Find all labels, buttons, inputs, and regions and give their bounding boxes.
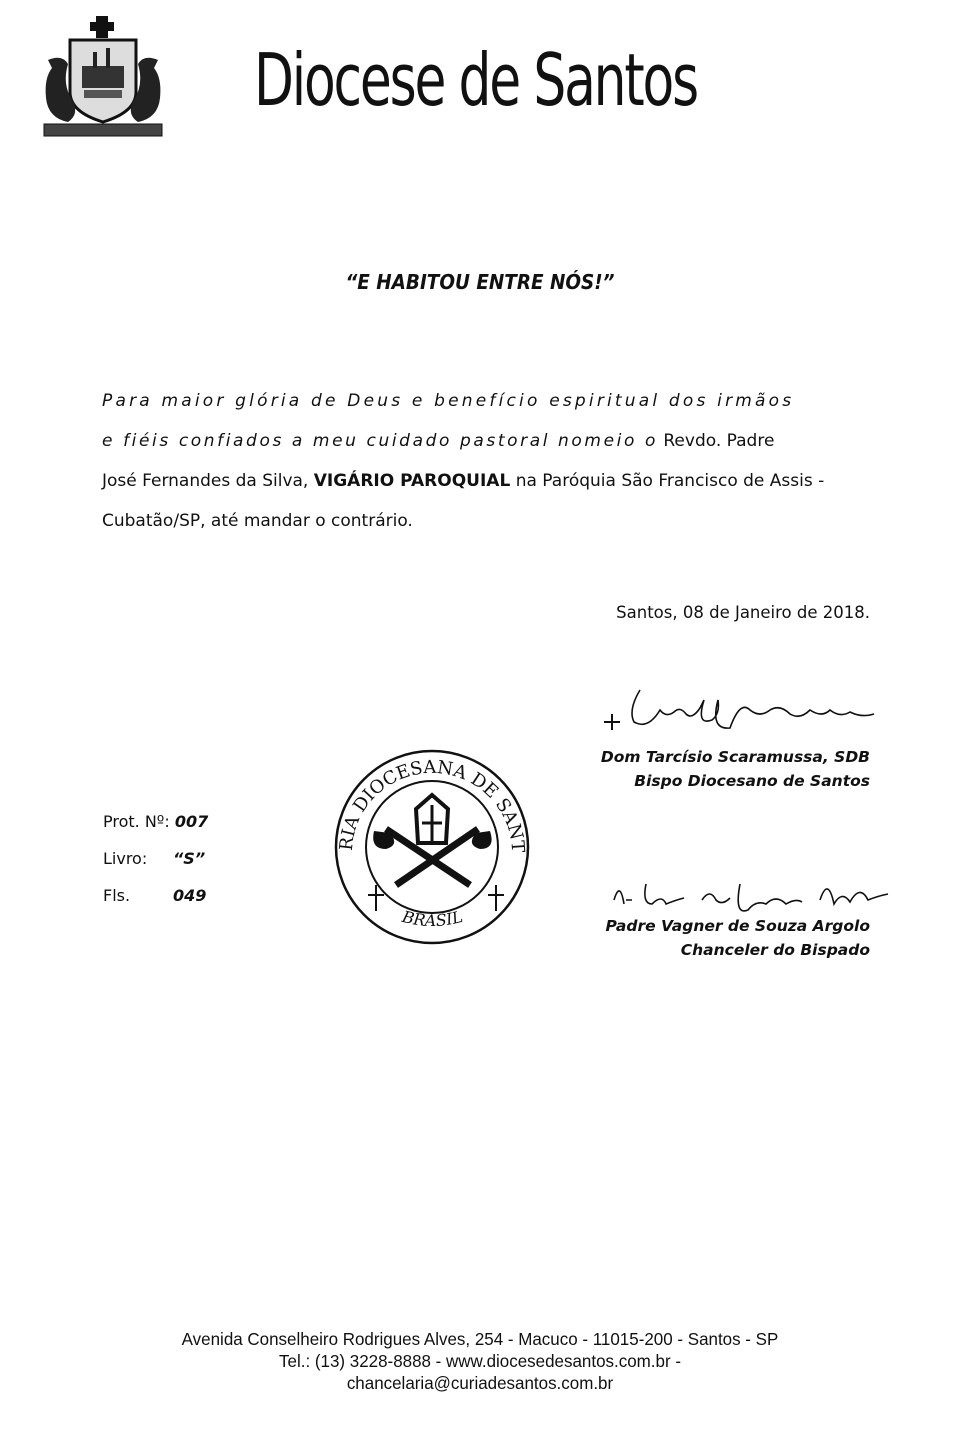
footer-email: chancelaria@curiadesantos.com.br (14, 1372, 945, 1394)
parish-name: na Paróquia São Francisco de Assis - (510, 471, 824, 491)
footer: Avenida Conselheiro Rodrigues Alves, 254… (14, 1328, 945, 1394)
chancellor-signatory: Padre Vagner de Souza Argolo Chanceler d… (606, 914, 870, 962)
body-line-2-italic: e fiéis confiados a meu cuidado pastoral… (102, 431, 658, 451)
diocese-crest-icon (38, 14, 168, 140)
prot-value: 007 (175, 803, 208, 840)
chancellor-name: Padre Vagner de Souza Argolo (606, 914, 870, 938)
bishop-signatory: Dom Tarcísio Scaramussa, SDB Bispo Dioce… (601, 745, 870, 793)
body-line-2-normal: Revdo. Padre (658, 431, 774, 451)
footer-address: Avenida Conselheiro Rodrigues Alves, 254… (14, 1328, 945, 1350)
chancellor-title: Chanceler do Bispado (606, 938, 870, 962)
appointment-text: Para maior glória de Deus e benefício es… (102, 381, 872, 541)
appointment-role: VIGÁRIO PAROQUIAL (314, 471, 511, 491)
livro-value: “S” (173, 840, 205, 877)
curia-seal-icon: CURIA DIOCESANA DE SANTOS BRASIL (330, 745, 535, 945)
priest-name: José Fernandes da Silva, (102, 471, 314, 491)
page-title: Diocese de Santos (254, 38, 697, 122)
bishop-title: Bispo Diocesano de Santos (601, 769, 870, 793)
chancellor-signature-icon (606, 870, 896, 920)
svg-text:BRASIL: BRASIL (399, 907, 464, 930)
prot-label: Prot. Nº: (103, 803, 170, 840)
body-line-4: Cubatão/SP, até mandar o contrário. (102, 501, 872, 541)
registry-info: Prot. Nº: 007 Livro:“S” Fls.049 (103, 803, 208, 914)
fls-label: Fls. (103, 877, 173, 914)
livro-label: Livro: (103, 840, 173, 877)
fls-value: 049 (173, 877, 206, 914)
motto: “E HABITOU ENTRE NÓS!” (38, 270, 921, 294)
bishop-signature-icon (600, 670, 890, 740)
document-date: Santos, 08 de Janeiro de 2018. (616, 603, 870, 622)
body-line-1: Para maior glória de Deus e benefício es… (102, 381, 872, 421)
footer-contact: Tel.: (13) 3228-8888 - www.diocesedesant… (14, 1350, 945, 1372)
bishop-name: Dom Tarcísio Scaramussa, SDB (601, 745, 870, 769)
